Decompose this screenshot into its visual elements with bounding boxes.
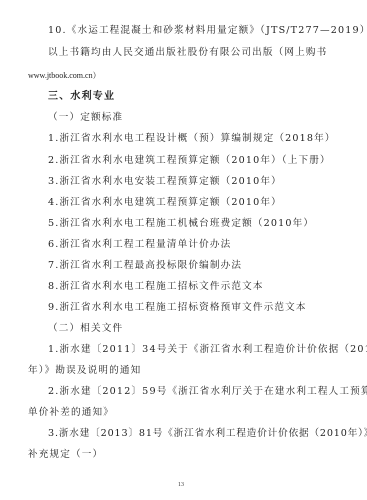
subsection-heading-related-documents: （二）相关文件 — [48, 323, 123, 335]
subsection-heading-quota-standards: （一）定额标准 — [48, 112, 123, 124]
item-10-jts-standard: 10.《水运工程混凝土和砂浆材料用量定额》（JTS/T277—2019） — [48, 25, 367, 37]
list-item-continuation: 单价补差的通知》 — [28, 407, 114, 419]
publisher-url: www.jtbook.com.cn） — [28, 70, 101, 82]
list-item: 1.浙江省水利水电工程设计概（预）算编制规定（2018年） — [48, 133, 336, 145]
list-item: 7.浙江省水利工程最高投标限价编制办法 — [48, 260, 242, 272]
list-item: 1.浙水建〔2011〕34号关于《浙江省水利工程造价计价依据（2010 — [48, 344, 367, 356]
list-item: 3.浙江省水利水电安装工程预算定额（2010年） — [48, 176, 282, 188]
list-item: 8.浙江省水利水电工程施工招标文件示范文本 — [48, 281, 264, 293]
list-item: 2.浙水建〔2012〕59号《浙江省水利厅关于在建水利工程人工预算 — [48, 386, 367, 398]
section-heading-water-conservancy: 三、水利专业 — [48, 91, 115, 103]
list-item: 6.浙江省水利工程工程量清单计价办法 — [48, 239, 231, 251]
list-item: 5.浙江省水利水电工程施工机械台班费定额（2010年） — [48, 218, 314, 230]
list-item: 3.浙水建〔2013〕81号《浙江省水利工程造价计价依据（2010年）》 — [48, 428, 367, 440]
list-item-continuation: 补充规定（一） — [28, 449, 103, 461]
list-item-continuation: 年）》勘误及说明的通知 — [28, 365, 141, 377]
list-item: 2.浙江省水利水电建筑工程预算定额（2010年）（上下册） — [48, 155, 331, 167]
page-number: 13 — [178, 482, 184, 488]
list-item: 9.浙江省水利水电工程施工招标资格预审文件示范文本 — [48, 302, 307, 314]
list-item: 4.浙江省水利水电建筑工程预算定额（2010年） — [48, 197, 282, 209]
publisher-note: 以上书籍均由人民交通出版社股份有限公司出版（网上购书 — [48, 47, 327, 59]
